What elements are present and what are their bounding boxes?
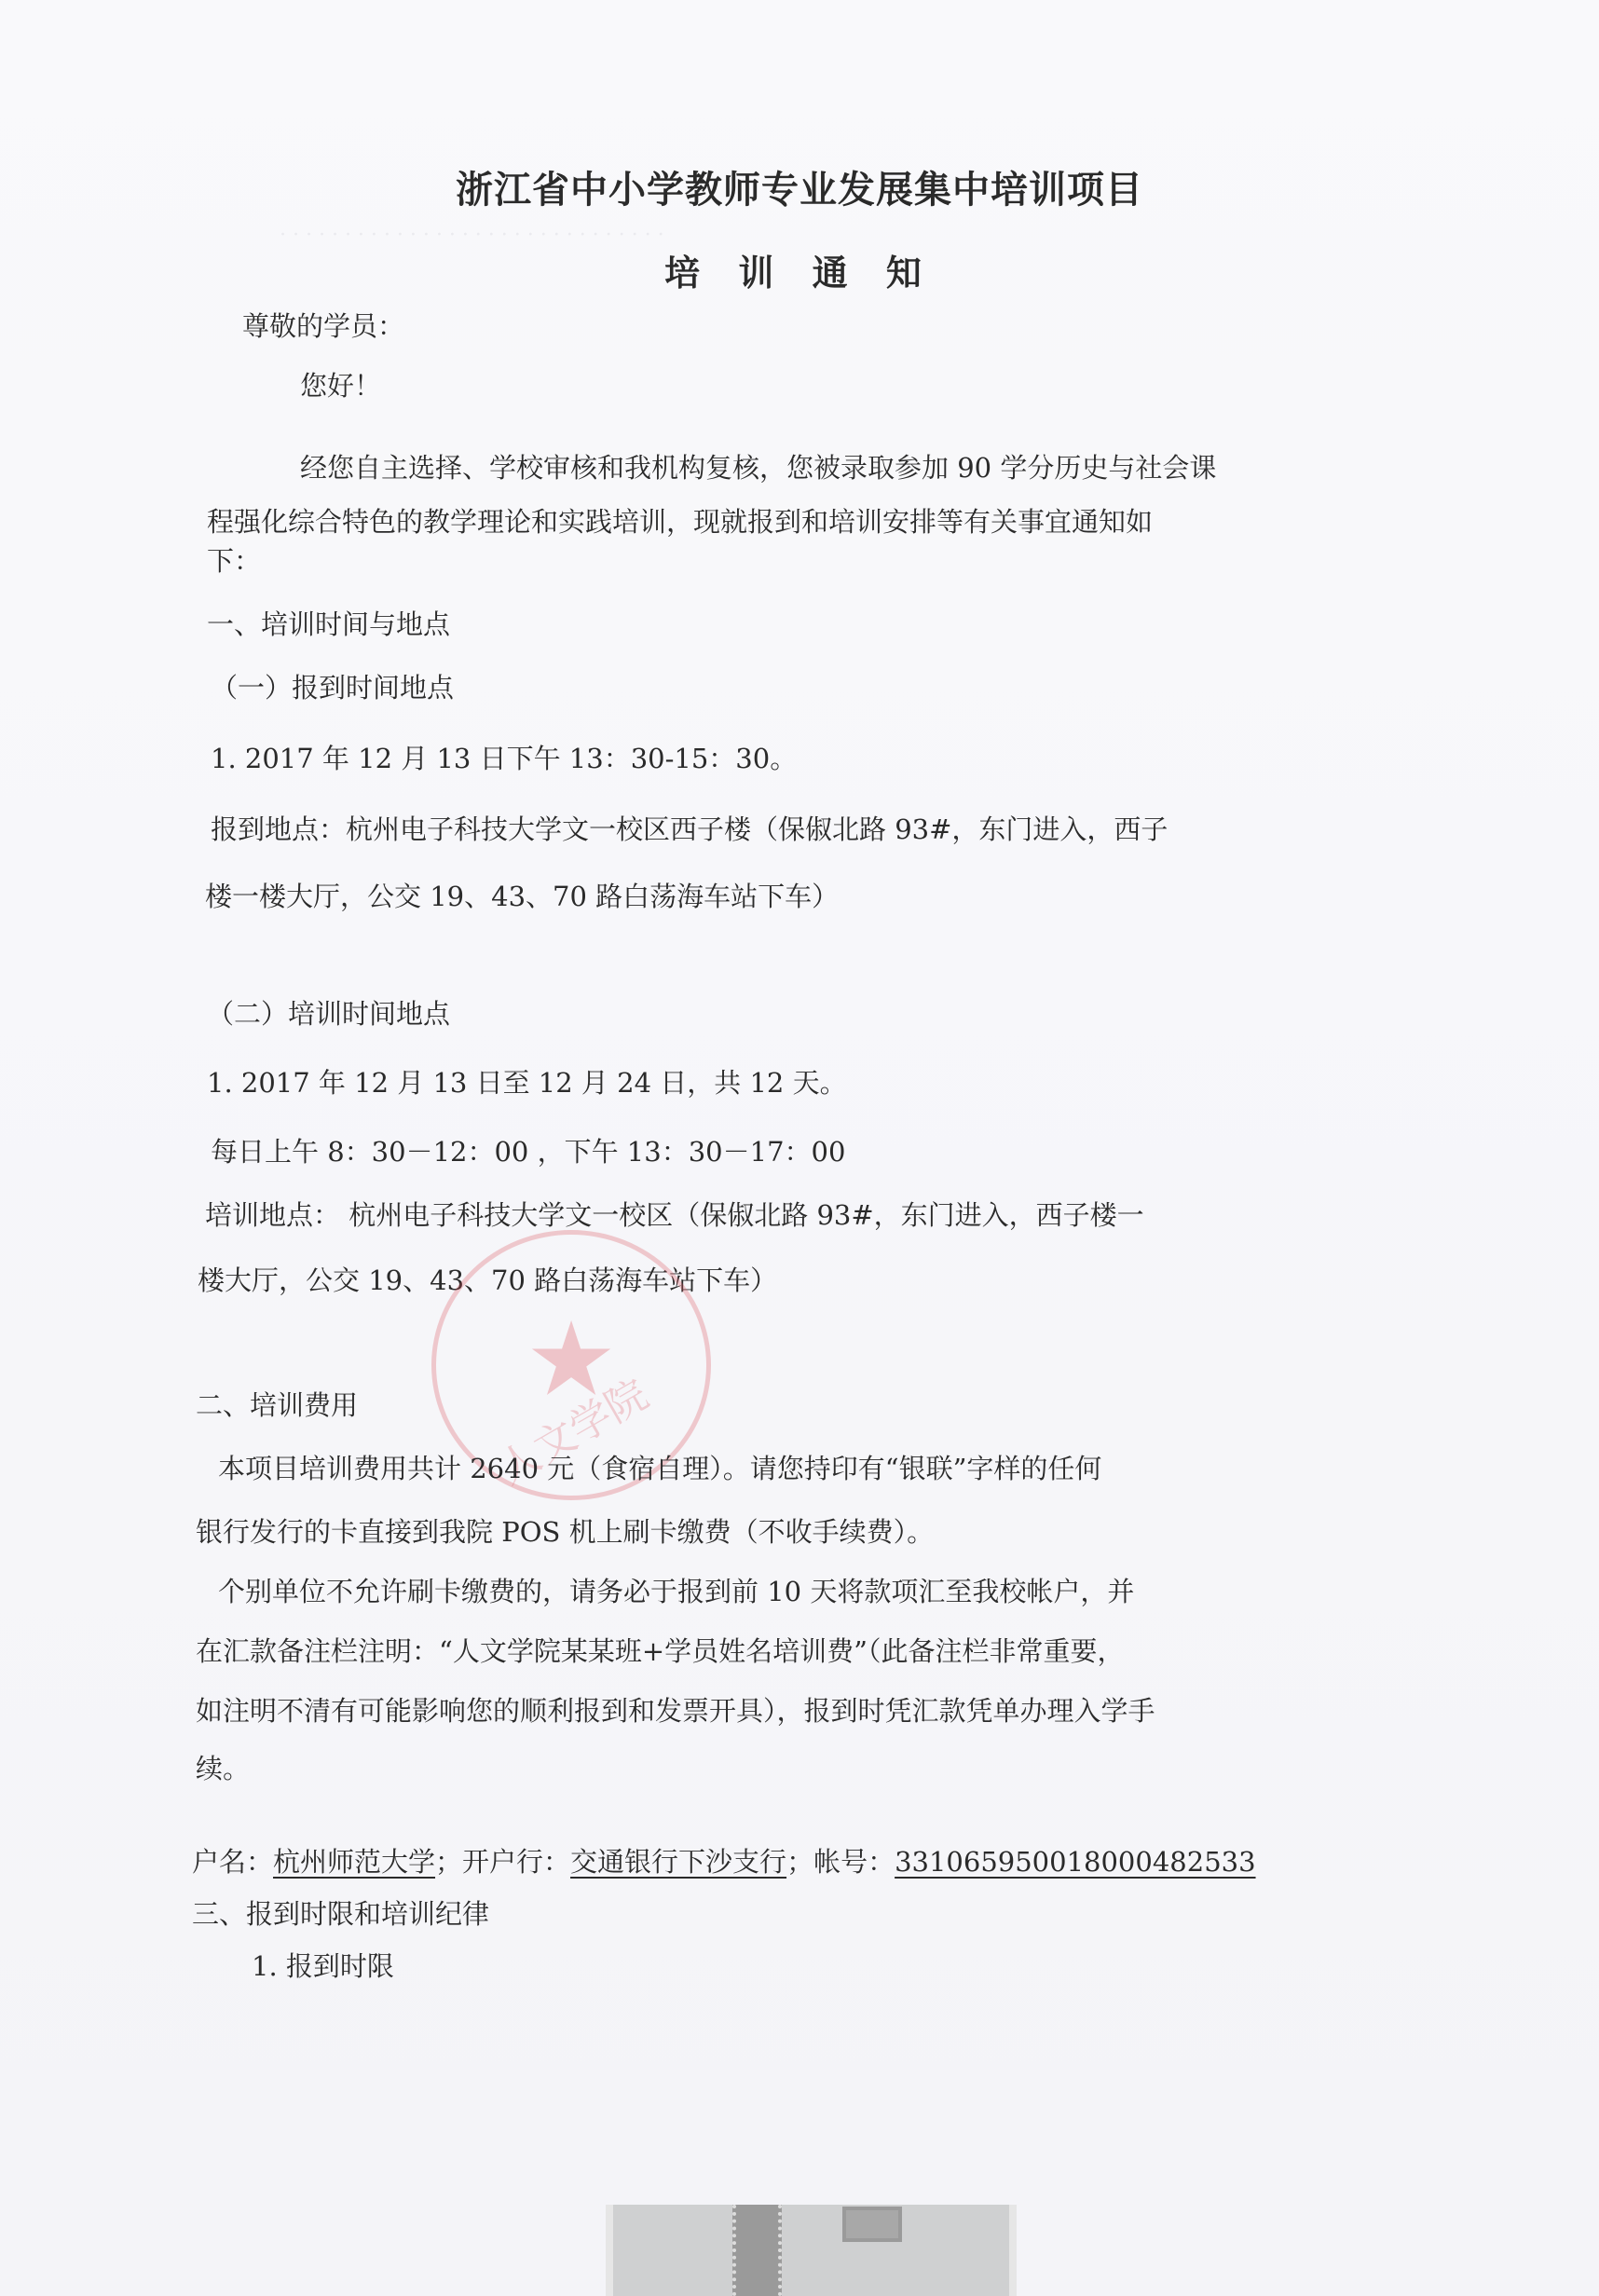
bank-name: 交通银行下沙支行 [570,1846,786,1878]
training-location-line-1: 培训地点： 杭州电子科技大学文一校区（保俶北路 93#，东门进入，西子楼一 [205,1202,1144,1229]
checkin-time: 1. 2017 年 12 月 13 日下午 13：30-15：30。 [211,745,797,772]
training-dates: 1. 2017 年 12 月 13 日至 12 月 24 日，共 12 天。 [207,1070,847,1097]
fee-line-1: 本项目培训费用共计 2640 元（食宿自理）。请您持印有“银联”字样的任何 [218,1455,1101,1483]
greeting: 您好！ [300,373,381,400]
transfer-line-4: 续。 [196,1756,250,1783]
salutation: 尊敬的学员： [242,313,404,340]
fee-line-2: 银行发行的卡直接到我院 POS 机上刷卡缴费（不收手续费）。 [196,1519,934,1546]
account-info: 户名：杭州师范大学；开户行：交通银行下沙支行；帐号：33106595001800… [192,1849,1256,1876]
intro-line-1: 经您自主选择、学校审核和我机构复核，您被录取参加 90 学分历史与社会课 [300,455,1216,482]
intro-line-3: 下： [207,548,261,575]
account-number-label: ；帐号： [786,1846,895,1878]
section1-sub1-heading: （一）报到时间地点 [211,675,454,702]
transfer-line-2: 在汇款备注栏注明：“人文学院某某班+学员姓名培训费”（此备注栏非常重要， [196,1638,1124,1665]
section3-heading: 三、报到时限和培训纪律 [192,1901,489,1928]
film-strip-icon [732,2205,782,2296]
section1-sub2-heading: （二）培训时间地点 [207,1001,450,1028]
transfer-line-1: 个别单位不允许刷卡缴费的，请务必于报到前 10 天将款项汇至我校帐户，并 [218,1578,1134,1606]
account-name-label: 户名： [192,1846,273,1878]
section1-heading: 一、培训时间与地点 [207,611,450,638]
section2-heading: 二、培训费用 [196,1392,358,1419]
checkin-deadline-item: 1. 报到时限 [252,1953,394,1980]
checkin-location-line-2: 楼一楼大厅，公交 19、43、70 路白荡海车站下车） [205,883,839,910]
account-name: 杭州师范大学 [273,1846,435,1878]
intro-line-2: 程强化综合特色的教学理论和实践培训，现就报到和培训安排等有关事宜通知如 [207,509,1153,536]
checkin-location-line-1: 报到地点：杭州电子科技大学文一校区西子楼（保俶北路 93#，东门进入，西子 [211,816,1168,843]
daily-schedule: 每日上午 8：30－12：00 ，下午 13：30－17：00 [211,1139,845,1166]
bank-label: ；开户行： [435,1846,570,1878]
document-title: 浙江省中小学教师专业发展集中培训项目 [0,160,1599,213]
scanned-page: · · · · · · · · · · · · · · · · · · · · … [0,0,1599,2296]
picture-frame-icon [842,2207,902,2242]
scanner-footer-strip [606,2205,1017,2296]
document-subtitle: 培 训 通 知 [0,244,1599,295]
transfer-line-3: 如注明不清有可能影响您的顺利报到和发票开具），报到时凭汇款凭单办理入学手 [196,1698,1155,1725]
account-number: 331065950018000482533 [895,1846,1255,1878]
